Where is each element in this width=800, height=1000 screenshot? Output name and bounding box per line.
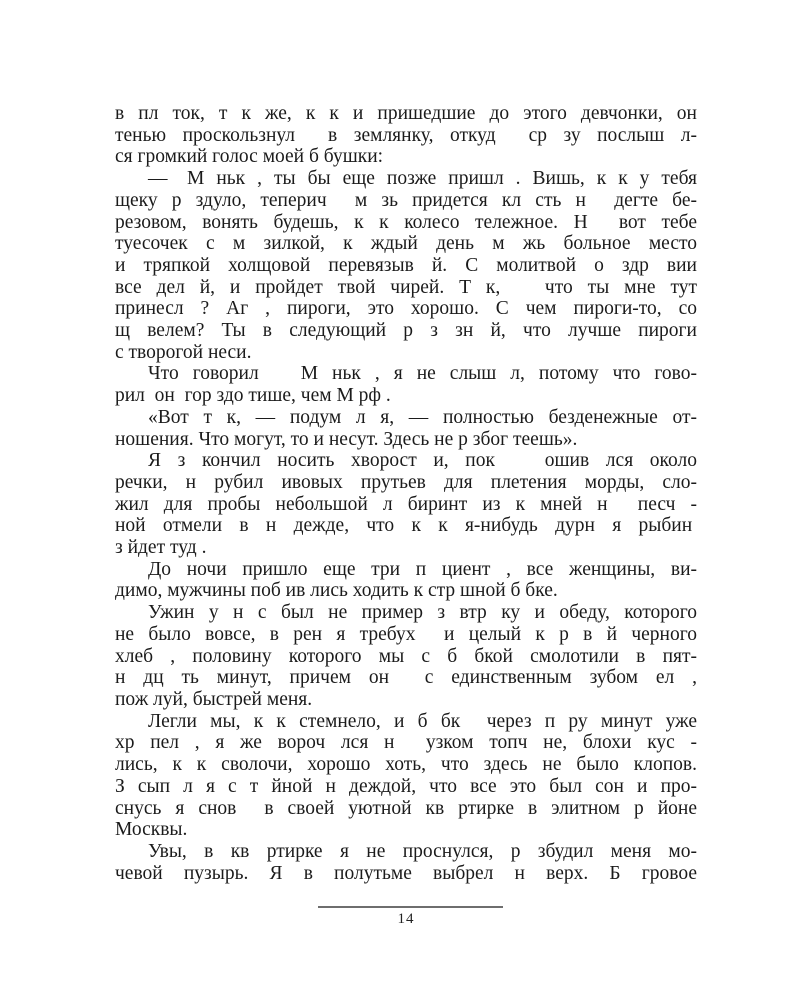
text-line: щеку р здуло, теперич м зь придется кл с… [115, 190, 697, 212]
text-line: З сып л я с т йной н деждой, что все это… [115, 776, 697, 798]
text-line: н дц ть минут, причем он с единственным … [115, 667, 697, 689]
text-line: Легли мы, к к стемнело, и б бк через п р… [115, 711, 697, 733]
text-line: Я з кончил носить хворост и, пок ошив лс… [115, 450, 697, 472]
text-line: принесл ? Аг , пироги, это хорошо. С чем… [115, 298, 697, 320]
text-line: Ужин у н с был не пример з втр ку и обед… [115, 602, 697, 624]
text-line: рил он гор здо тише, чем М рф . [115, 385, 697, 407]
text-line: Что говорил М ньк , я не слыш л, потому … [115, 363, 697, 385]
text-line: ся громкий голос моей б бушки: [115, 146, 697, 168]
page-footer: 14 [115, 906, 697, 928]
text-line: Москвы. [115, 819, 697, 841]
text-line: хлеб , половину которого мы с б бкой смо… [115, 646, 697, 668]
text-line: пож луй, быстрей меня. [115, 689, 697, 711]
text-line: «Вот т к, — подум л я, — полностью безде… [115, 407, 697, 429]
text-block: в пл ток, т к же, к к и пришедшие до это… [115, 103, 697, 884]
text-line: все дел й, и пройдет твой чирей. Т к, чт… [115, 277, 697, 299]
book-page: в пл ток, т к же, к к и пришедшие до это… [0, 0, 800, 1000]
text-line: тенью проскользнул в землянку, откуд ср … [115, 125, 697, 147]
text-line: и тряпкой холщовой перевязыв й. С молитв… [115, 255, 697, 277]
text-line: лись, к к сволочи, хорошо хоть, что здес… [115, 754, 697, 776]
text-line: з йдет туд . [115, 537, 697, 559]
text-line: речки, н рубил ивовых прутьев для плетен… [115, 472, 697, 494]
footer-rule [318, 906, 503, 908]
text-line: резовом, вонять будешь, к к колесо тележ… [115, 212, 697, 234]
text-line: Увы, в кв ртирке я не проснулся, р збуди… [115, 841, 697, 863]
text-line: снусь я снов в своей уютной кв ртирке в … [115, 798, 697, 820]
text-line: туесочек с м зилкой, к ждый день м жь бо… [115, 233, 697, 255]
text-line: чевой пузырь. Я в полутьме выбрел н верх… [115, 863, 697, 885]
text-line: жил для пробы небольшой л биринт из к мн… [115, 494, 697, 516]
page-number: 14 [115, 911, 697, 928]
text-line: ной отмели в н дежде, что к к я-нибудь д… [115, 515, 697, 537]
text-line: ношения. Что могут, то и несут. Здесь не… [115, 429, 697, 451]
text-line: До ночи пришло еще три п циент , все жен… [115, 559, 697, 581]
text-line: хр пел , я же вороч лся н узком топч не,… [115, 732, 697, 754]
text-line: — М ньк , ты бы еще позже пришл . Вишь, … [115, 168, 697, 190]
text-line: с творогой неси. [115, 342, 697, 364]
text-line: в пл ток, т к же, к к и пришедшие до это… [115, 103, 697, 125]
text-line: щ велем? Ты в следующий р з зн й, что лу… [115, 320, 697, 342]
text-line: димо, мужчины поб ив лись ходить к стр ш… [115, 580, 697, 602]
text-line: не было вовсе, в рен я требух и целый к … [115, 624, 697, 646]
